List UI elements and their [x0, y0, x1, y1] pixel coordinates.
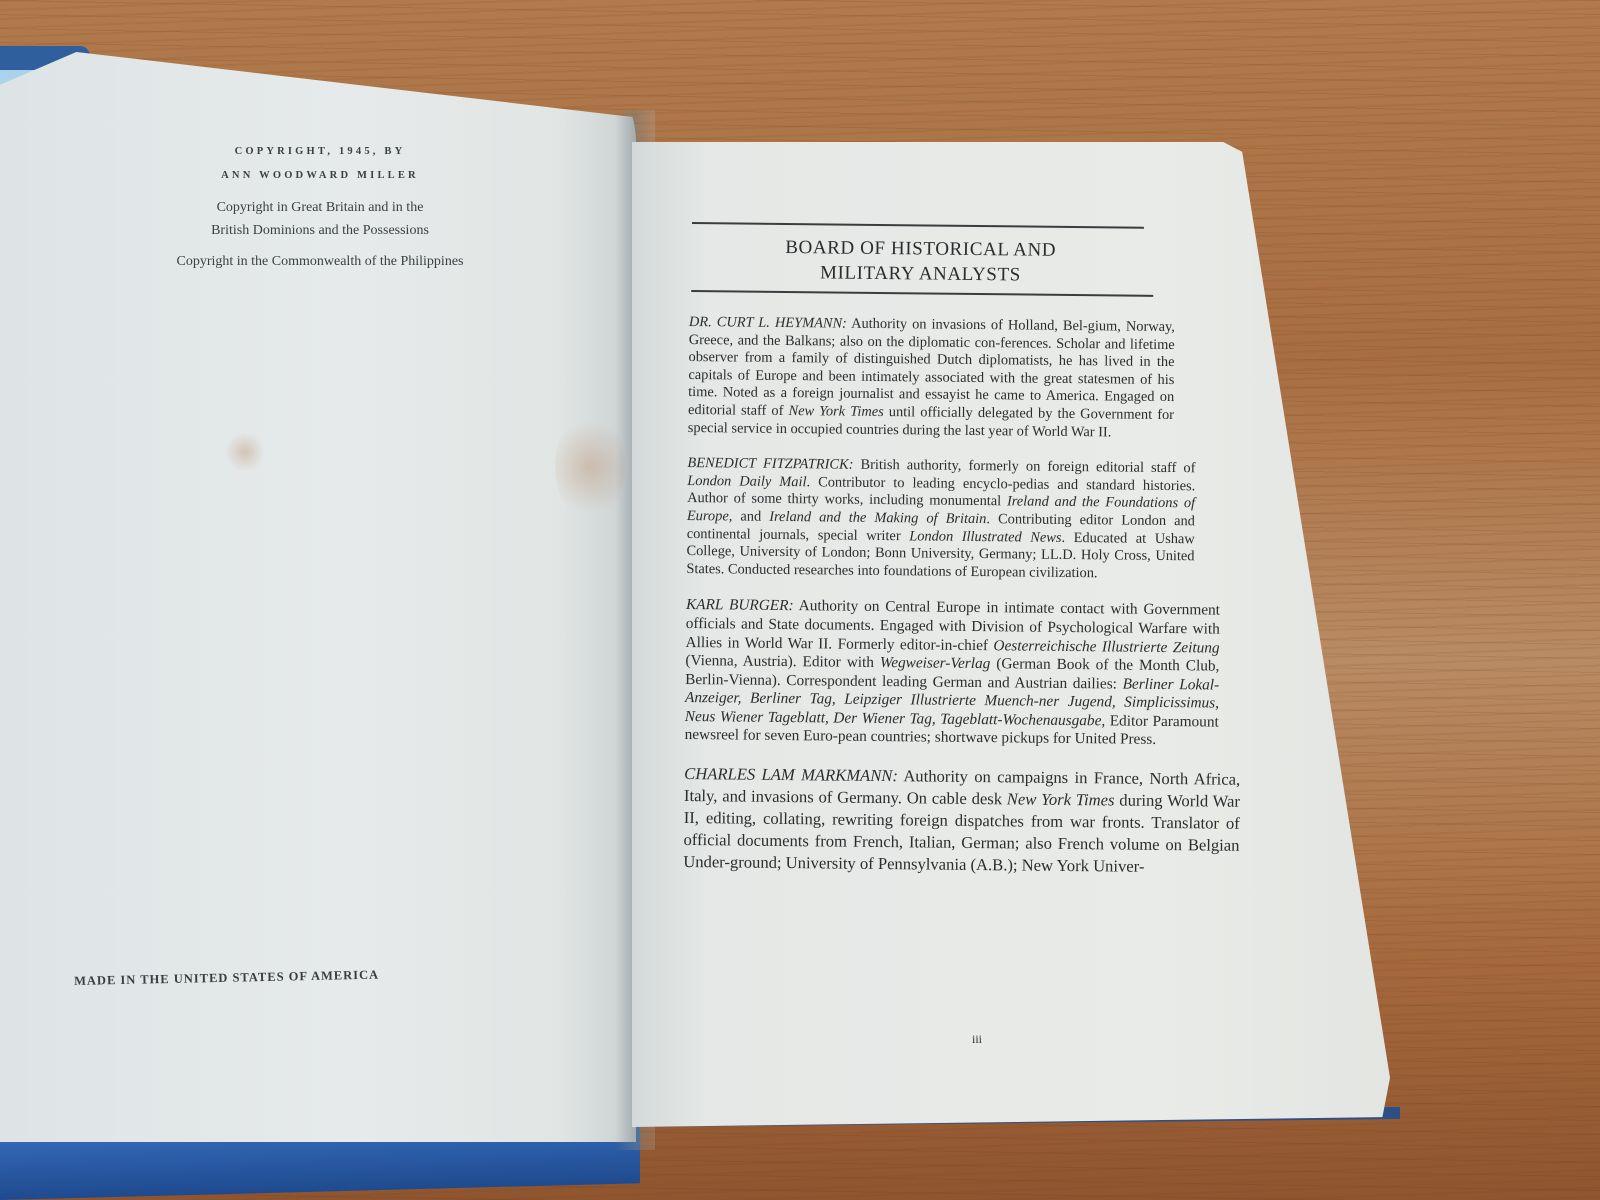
publication-title: London Daily Mail	[687, 473, 806, 490]
analyst-entry-markmann: CHARLES LAM MARKMANN: Authority on campa…	[683, 763, 1240, 879]
page-title-line-2: MILITARY ANALYSTS	[689, 259, 1151, 289]
copyright-great-britain-2: British Dominions and the Possessions	[140, 219, 500, 242]
analyst-name: DR. CURT L. HEYMANN:	[689, 314, 847, 332]
analyst-name: KARL BURGER:	[686, 596, 794, 614]
publication-title: London Illustrated News	[909, 528, 1061, 546]
publisher-name: Wegweiser-Verlag	[880, 654, 991, 672]
analyst-bio: and	[732, 508, 769, 524]
publication-title: Oesterreichische Illustrierte Zeitung	[993, 637, 1219, 656]
analyst-bio: British authority, formerly on foreign e…	[853, 457, 1195, 477]
analyst-name: CHARLES LAM MARKMANN:	[684, 764, 898, 785]
analyst-name: BENEDICT FITZPATRICK:	[687, 455, 853, 473]
publication-title: New York Times	[788, 403, 883, 420]
analyst-bio: Authority on invasions of Holland, Bel-g…	[688, 316, 1175, 419]
foxing-stain	[225, 432, 265, 472]
analyst-entry-heymann: DR. CURT L. HEYMANN: Authority on invasi…	[688, 314, 1175, 442]
copyright-year-line: COPYRIGHT, 1945, BY	[140, 140, 500, 164]
analyst-list: DR. CURT L. HEYMANN: Authority on invasi…	[683, 314, 1249, 879]
analyst-bio: (Vienna, Austria). Editor with	[685, 652, 880, 671]
copyright-philippines: Copyright in the Commonwealth of the Phi…	[124, 250, 516, 273]
page-title: BOARD OF HISTORICAL AND MILITARY ANALYST…	[689, 224, 1152, 295]
copyright-author: ANN WOODWARD MILLER	[140, 164, 500, 188]
analyst-entry-burger: KARL BURGER: Authority on Central Europe…	[685, 596, 1221, 750]
analyst-entry-fitzpatrick: BENEDICT FITZPATRICK: British authority,…	[686, 455, 1195, 583]
board-of-analysts-section: BOARD OF HISTORICAL AND MILITARY ANALYST…	[683, 222, 1250, 897]
publication-title: New York Times	[1007, 789, 1115, 809]
copyright-great-britain-1: Copyright in Great Britain and in the	[140, 196, 500, 219]
copyright-block: COPYRIGHT, 1945, BY ANN WOODWARD MILLER …	[140, 140, 500, 273]
page-number: iii	[972, 1032, 982, 1047]
book-title: Ireland and the Making of Britain	[769, 509, 986, 527]
